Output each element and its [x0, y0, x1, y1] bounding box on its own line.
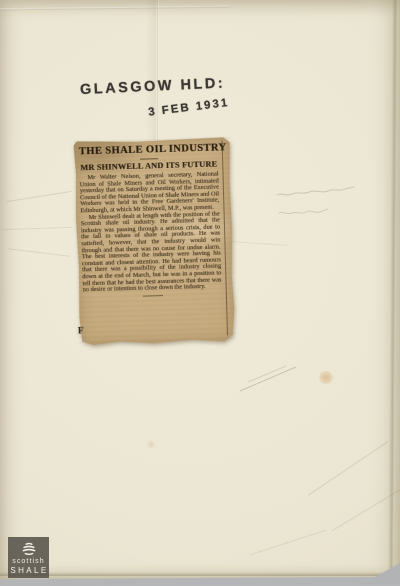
torn-partial-letter: F	[78, 325, 84, 335]
clipping-content: THE SHALE OIL INDUSTRY MR SHINWELL AND I…	[74, 137, 236, 345]
stain-spot	[318, 371, 334, 384]
paper-bottom-edge	[0, 572, 400, 576]
handwritten-pencil-note	[274, 184, 362, 226]
pencil-scratch-marks	[236, 363, 300, 403]
clipping-paragraph: Mr Shinwell dealt at length with the pos…	[81, 211, 222, 294]
stamp-date-text: 3 FEB 1931	[148, 93, 261, 119]
crease-shadow	[146, 0, 156, 140]
crease-line	[157, 0, 159, 144]
watermark-text-scottish: scottish	[12, 558, 45, 566]
crease-line	[332, 486, 400, 531]
stain-spot	[146, 440, 156, 449]
crease-line	[6, 191, 71, 202]
crease-line	[2, 227, 72, 230]
article-end-rule	[142, 295, 162, 297]
crease-line	[308, 441, 388, 496]
headline-rule	[140, 158, 158, 160]
date-stamp: GLASGOW HLD: 3 FEB 1931	[80, 78, 260, 112]
crease-line	[8, 248, 70, 257]
crease-line	[0, 6, 230, 11]
globe-icon	[20, 542, 38, 556]
clipping-paragraph: Mr Walter Nelson, general secretary, Nat…	[79, 171, 219, 214]
clipping-headline: THE SHALE OIL INDUSTRY	[79, 143, 218, 158]
crease-line	[231, 241, 289, 246]
scottish-shale-watermark: scottish SHALE	[8, 537, 49, 578]
scanner-background-strip	[0, 577, 400, 586]
paper-sheet: GLASGOW HLD: 3 FEB 1931 THE SHALE OIL IN…	[0, 0, 400, 580]
watermark-text-shale: SHALE	[10, 566, 48, 575]
newspaper-clipping: THE SHALE OIL INDUSTRY MR SHINWELL AND I…	[74, 137, 236, 345]
stamp-office-text: GLASGOW HLD:	[80, 74, 261, 98]
crease-line	[250, 530, 326, 556]
paper-right-edge	[388, 0, 397, 572]
scanned-page: GLASGOW HLD: 3 FEB 1931 THE SHALE OIL IN…	[0, 0, 400, 586]
